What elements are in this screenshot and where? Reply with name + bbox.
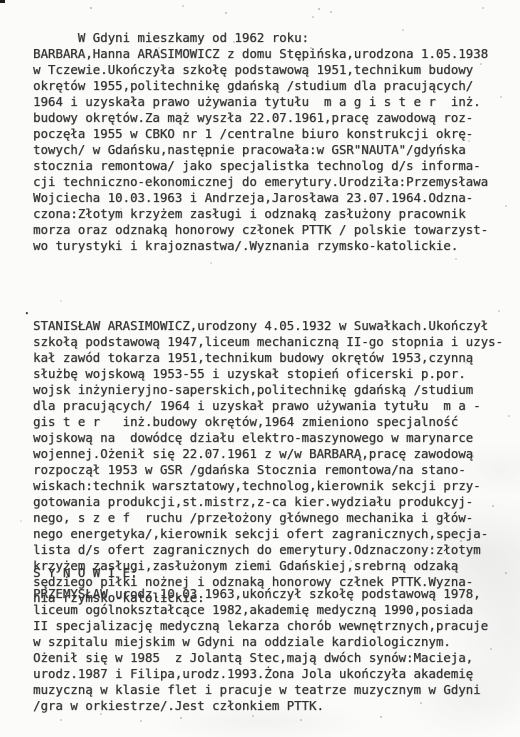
paragraph-stanislaw-biography: . STANISŁAW ARASIMOWICZ,urodzony 4.05.19… xyxy=(33,270,503,606)
paragraph-barbara-biography: W Gdyni mieszkamy od 1962 roku:BARBARA,H… xyxy=(33,30,488,254)
text-line: nego energetyka/,kierownik sekcji ofert … xyxy=(33,526,503,542)
text-line: stocznia remontowa/ jako specjalistka te… xyxy=(33,158,488,174)
text-line: cji techniczno-ekonomicznej do emerytury… xyxy=(33,174,488,190)
text-line: W Gdyni mieszkamy od 1962 roku: xyxy=(33,30,488,46)
text-line: wo turystyki i krajoznastwa/.Wyznania rz… xyxy=(33,238,488,254)
text-line: lista d/s ofert zagranicznych do emerytu… xyxy=(33,542,503,558)
text-line: szkołą podstawową 1947,liceum mechaniczn… xyxy=(33,334,503,350)
paragraph-przemyslaw-biography: PRZEMYSŁAW urodz.10.03.1963,ukończył szk… xyxy=(33,586,488,714)
text-line: 1964 i uzyskała prawo używania tytułu m … xyxy=(33,94,488,110)
stray-dot-mark: . xyxy=(23,302,30,318)
text-line: w szpitalu miejskim w Gdyni na oddziale … xyxy=(33,634,488,650)
text-line: budowy okrętów.Za mąż wyszła 22.07.1961,… xyxy=(33,110,488,126)
text-line: okrętów 1955,politechnikę gdańską /studi… xyxy=(33,78,488,94)
text-line: /gra w orkiestrze/.Jest członkiem PTTK. xyxy=(33,698,488,714)
text-line: morza oraz odznaką honorowy członek PTTK… xyxy=(33,222,488,238)
text-line: muzyczną w klasie flet i pracuje w teatr… xyxy=(33,682,488,698)
scan-noise-speckles xyxy=(0,0,2,2)
text-line: PRZEMYSŁAW urodz.10.03.1963,ukończył szk… xyxy=(33,586,488,602)
text-line: II specjalizację medyczną lekarza chorób… xyxy=(33,618,488,634)
section-heading-synowie: S Y N O W I E: xyxy=(33,565,137,581)
text-line: wojennej.Ożenił się 22.07.1961 z w/w BAR… xyxy=(33,446,503,462)
text-line: wiskach:technik warsztatowy,technolog,ki… xyxy=(33,478,503,494)
text-line: wojskową na dowódcę działu elektro-maszy… xyxy=(33,430,503,446)
text-line: urodz.1987 i Filipa,urodz.1993.Żona Jola… xyxy=(33,666,488,682)
text-line: rozpoczął 1953 w GSR /gdańska Stocznia r… xyxy=(33,462,503,478)
text-line: Ożenił się w 1985 z Jolantą Stec,mają dw… xyxy=(33,650,488,666)
text-line: wojsk inżynieryjno-saperskich,politechni… xyxy=(33,382,503,398)
text-line: gis t e r inż.budowy okrętów,1964 zmieni… xyxy=(33,414,503,430)
text-line: liceum ogólnokształcące 1982,akademię me… xyxy=(33,602,488,618)
text-line: BARBARA,Hanna ARASIMOWICZ z domu Stępińs… xyxy=(33,46,488,62)
text-line: nego, s z e f ruchu /przełożony głównego… xyxy=(33,510,503,526)
text-line: dla pracujących/ 1964 i uzyskał prawo uż… xyxy=(33,398,503,414)
text-line: Wojciecha 10.03.1963 i Andrzeja,Jarosław… xyxy=(33,190,488,206)
text-line: gotowania produkcji,st.mistrz,z-ca kier.… xyxy=(33,494,503,510)
text-line: służbę wojskową 1953-55 i uzyskał stopie… xyxy=(33,366,503,382)
text-line: kał zawód tokarza 1951,technikum budowy … xyxy=(33,350,503,366)
text-line: poczęła 1955 w CBKO nr 1 /centralne biur… xyxy=(33,126,488,142)
text-line: czona:Złotym krzyżem zasługi i odznaką z… xyxy=(33,206,488,222)
text-line: towych/ w Gdańsku,następnie pracowała:w … xyxy=(33,142,488,158)
scanned-typewritten-page: W Gdyni mieszkamy od 1962 roku:BARBARA,H… xyxy=(0,0,520,737)
text-line: STANISŁAW ARASIMOWICZ,urodzony 4.05.1932… xyxy=(33,318,503,334)
text-line: w Tczewie.Ukończyła szkołę podstawową 19… xyxy=(33,62,488,78)
